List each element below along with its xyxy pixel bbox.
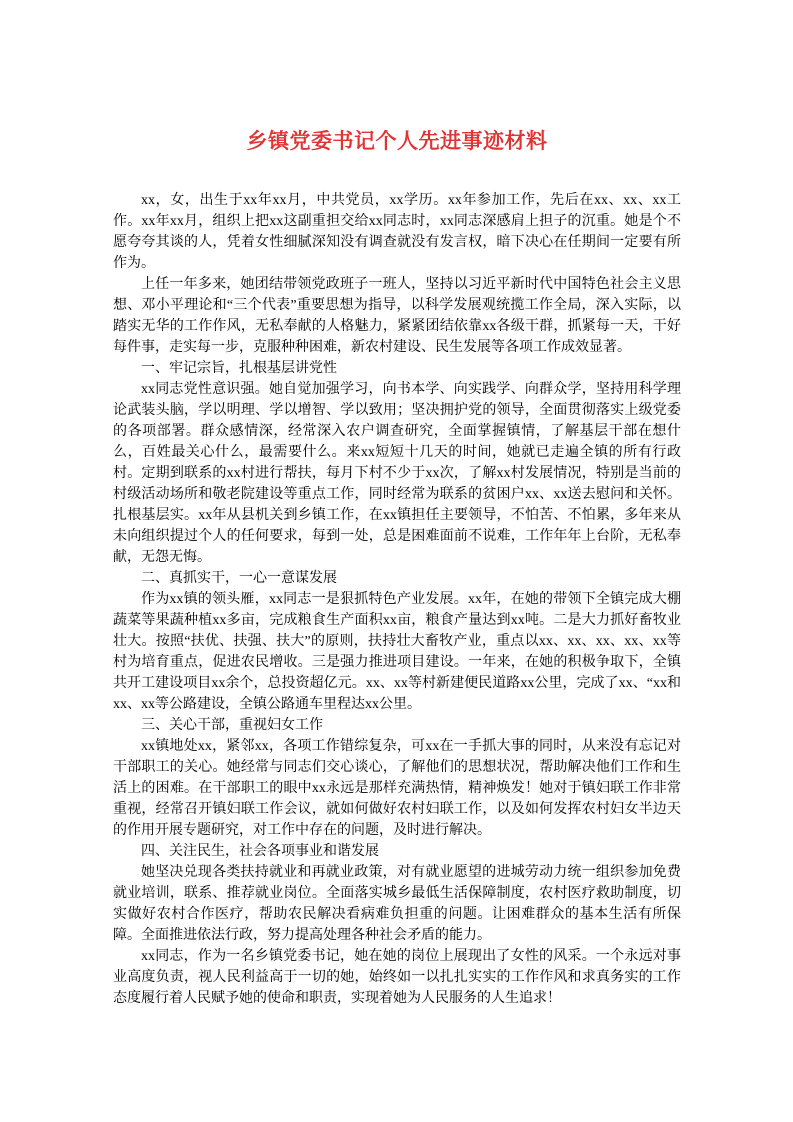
document-page: 乡镇党委书记个人先进事迹材料 xx，女，出生于xx年xx月，中共党员，xx学历。… (0, 0, 793, 1122)
document-body: xx，女，出生于xx年xx月，中共党员，xx学历。xx年参加工作，先后在xx、x… (113, 190, 681, 1009)
section-heading: 三、关心干部，重视妇女工作 (113, 715, 681, 736)
paragraph: xx同志，作为一名乡镇党委书记，她在她的岗位上展现出了女性的风采。一个永远对事业… (113, 946, 681, 1009)
document-title: 乡镇党委书记个人先进事迹材料 (113, 126, 681, 156)
section-heading: 二、真抓实干，一心一意谋发展 (113, 568, 681, 589)
paragraph: xx，女，出生于xx年xx月，中共党员，xx学历。xx年参加工作，先后在xx、x… (113, 190, 681, 274)
paragraph: 她坚决兑现各类扶持就业和再就业政策，对有就业愿望的进城劳动力统一组织参加免费就业… (113, 862, 681, 946)
section-heading: 四、关注民生，社会各项事业和谐发展 (113, 841, 681, 862)
section-heading: 一、牢记宗旨，扎根基层讲党性 (113, 358, 681, 379)
paragraph: xx镇地处xx，紧邻xx，各项工作错综复杂，可xx在一手抓大事的同时，从来没有忘… (113, 736, 681, 841)
paragraph: 作为xx镇的领头雁，xx同志一是狠抓特色产业发展。xx年，在她的带领下全镇完成大… (113, 589, 681, 715)
paragraph: xx同志党性意识强。她自觉加强学习，向书本学、向实践学、向群众学，坚持用科学理论… (113, 379, 681, 568)
paragraph: 上任一年多来，她团结带领党政班子一班人，坚持以习近平新时代中国特色社会主义思想、… (113, 274, 681, 358)
